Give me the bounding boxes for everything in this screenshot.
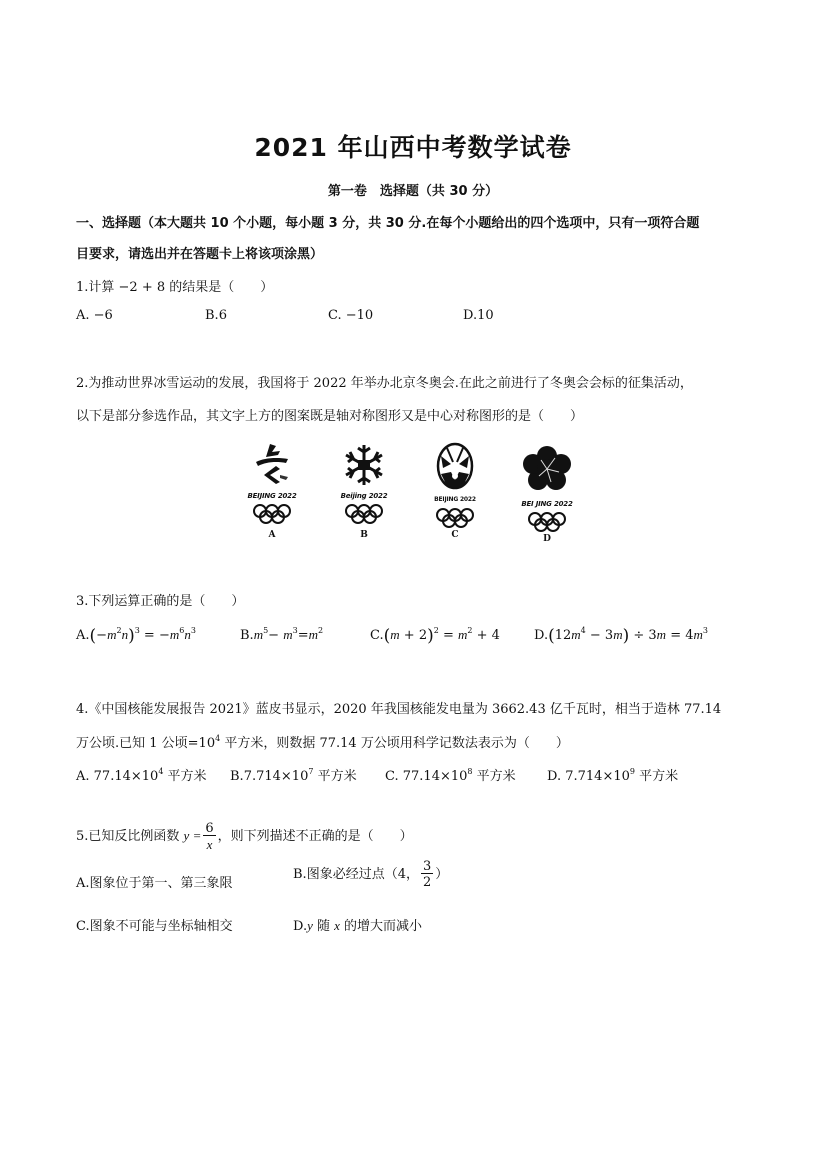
stem-text: 平方米，则数据 77.14 万公顷用科学记数法表示为（ ） <box>220 736 569 751</box>
logo-caption: BEI JING 2022 <box>507 500 587 508</box>
logo-label: C <box>415 530 495 540</box>
option-text: 6 <box>219 308 227 323</box>
question-1-stem: 1.计算 −2 + 8 的结果是（ ） <box>76 276 273 295</box>
option-label: A. <box>76 769 90 784</box>
question-2-logo-figure: BEIJING 2022 A Beijing 2022 B BEIJING <box>232 442 592 547</box>
mantissa: 7.714×10 <box>561 769 630 784</box>
logo-caption: Beijing 2022 <box>324 492 404 500</box>
question-1-option-b: B.6 <box>205 308 227 323</box>
option-label: C. <box>76 919 90 934</box>
question-5-option-d: D.y 随 x 的增大而减小 <box>293 915 422 934</box>
option-text: 图象不可能与坐标轴相交 <box>90 919 233 934</box>
option-label: D. <box>547 769 561 784</box>
question-4-option-c: C. 77.14×108 平方米 <box>385 765 516 784</box>
logo-label: D <box>507 534 587 544</box>
logo-c: BEIJING 2022 C <box>415 442 495 547</box>
option-label: C. <box>385 769 399 784</box>
mantissa: 77.14×10 <box>90 769 159 784</box>
option-label: B. <box>205 308 219 323</box>
snowflake-emblem-icon <box>342 442 386 488</box>
logo-label: A <box>232 530 312 540</box>
question-3-option-c: C.(m + 2)2 = m2 + 4 <box>370 626 500 646</box>
skater-emblem-icon <box>250 442 294 488</box>
option-text: 图象必经过点（4， <box>307 867 419 882</box>
question-3-option-a: A.(−m2n)3 = −m6n3 <box>76 626 196 646</box>
option-label: B. <box>293 867 307 882</box>
question-5-stem: 5.已知反比例函数 y =6x，则下列描述不正确的是（ ） <box>76 822 413 851</box>
question-4-option-d: D. 7.714×109 平方米 <box>547 765 678 784</box>
option-text: 随 <box>313 919 334 934</box>
question-5-option-a: A.图象位于第一、第三象限 <box>76 872 233 891</box>
question-3-stem: 3.下列运算正确的是（ ） <box>76 590 244 609</box>
question-4-stem-line1: 4.《中国核能发展报告 2021》蓝皮书显示，2020 年我国核能发电量为 36… <box>76 698 721 717</box>
olympic-rings-icon <box>344 504 384 524</box>
option-label: C. <box>370 628 384 643</box>
mantissa: 7.714×10 <box>244 769 309 784</box>
olympic-rings-icon <box>252 504 292 524</box>
denominator: 2 <box>421 874 433 889</box>
option-text: 的增大而减小 <box>340 919 422 934</box>
option-text: 10 <box>477 308 494 323</box>
fraction-6-over-x: 6x <box>203 822 215 851</box>
logo-d: BEI JING 2022 D <box>507 442 587 547</box>
stem-text: 5.已知反比例函数 <box>76 829 184 844</box>
question-2-stem-line2: 以下是部分参选作品，其文字上方的图案既是轴对称图形又是中心对称图形的是（ ） <box>76 405 583 424</box>
logo-b: Beijing 2022 B <box>324 442 404 547</box>
part-heading: 第一卷 选择题（共 30 分） <box>0 180 826 199</box>
option-label: D. <box>463 308 477 323</box>
opera-mask-emblem-icon <box>433 442 477 492</box>
numerator: 6 <box>203 822 215 836</box>
option-text: −6 <box>90 308 113 323</box>
denominator: x <box>203 836 215 851</box>
olympic-rings-icon <box>527 512 567 532</box>
stem-text: 万公顷.已知 1 公顷=10 <box>76 736 215 751</box>
logo-label: B <box>324 530 404 540</box>
stem-text: ，则下列描述不正确的是（ ） <box>218 829 413 844</box>
function-lhs: y = <box>184 828 202 843</box>
question-1-option-a: A. −6 <box>76 308 113 323</box>
unit: 平方米 <box>313 769 356 784</box>
question-3-option-d: D.(12m4 − 3m) ÷ 3m = 4m3 <box>534 626 708 646</box>
plum-blossom-emblem-icon <box>523 446 571 490</box>
question-5-option-c: C.图象不可能与坐标轴相交 <box>76 915 233 934</box>
question-2-stem-line1: 2.为推动世界冰雪运动的发展，我国将于 2022 年举办北京冬奥会.在此之前进行… <box>76 372 693 391</box>
fraction-3-over-2: 32 <box>421 860 433 889</box>
unit: 平方米 <box>473 769 516 784</box>
question-5-option-b: B.图象必经过点（4，32） <box>293 860 448 889</box>
option-text: ） <box>435 867 448 882</box>
question-1-option-d: D.10 <box>463 308 494 323</box>
unit: 平方米 <box>635 769 678 784</box>
mantissa: 77.14×10 <box>399 769 468 784</box>
olympic-rings-icon <box>435 508 475 528</box>
question-1-option-c: C. −10 <box>328 308 373 323</box>
question-4-option-b: B.7.714×107 平方米 <box>230 765 357 784</box>
option-label: A. <box>76 308 90 323</box>
question-3-option-b: B.m5− m3=m2 <box>240 626 323 643</box>
question-4-stem-line2: 万公顷.已知 1 公顷=104 平方米，则数据 77.14 万公顷用科学记数法表… <box>76 732 569 751</box>
question-4-option-a: A. 77.14×104 平方米 <box>76 765 207 784</box>
option-label: C. <box>328 308 342 323</box>
option-label: B. <box>230 769 244 784</box>
option-label: D. <box>293 919 307 934</box>
unit: 平方米 <box>163 769 206 784</box>
logo-caption: BEIJING 2022 <box>232 492 312 500</box>
option-text: 图象位于第一、第三象限 <box>90 876 233 891</box>
document-title: 2021 年山西中考数学试卷 <box>0 128 826 164</box>
section-instructions-line1: 一、选择题（本大题共 10 个小题，每小题 3 分，共 30 分.在每个小题给出… <box>76 212 699 231</box>
logo-a: BEIJING 2022 A <box>232 442 312 547</box>
option-label: A. <box>76 628 90 643</box>
section-instructions-line2: 目要求，请选出并在答题卡上将该项涂黑） <box>76 243 323 262</box>
option-text: −10 <box>342 308 374 323</box>
option-label: B. <box>240 628 254 643</box>
option-label: D. <box>534 628 548 643</box>
numerator: 3 <box>421 860 433 874</box>
logo-caption: BEIJING 2022 <box>415 496 495 503</box>
option-label: A. <box>76 876 90 891</box>
